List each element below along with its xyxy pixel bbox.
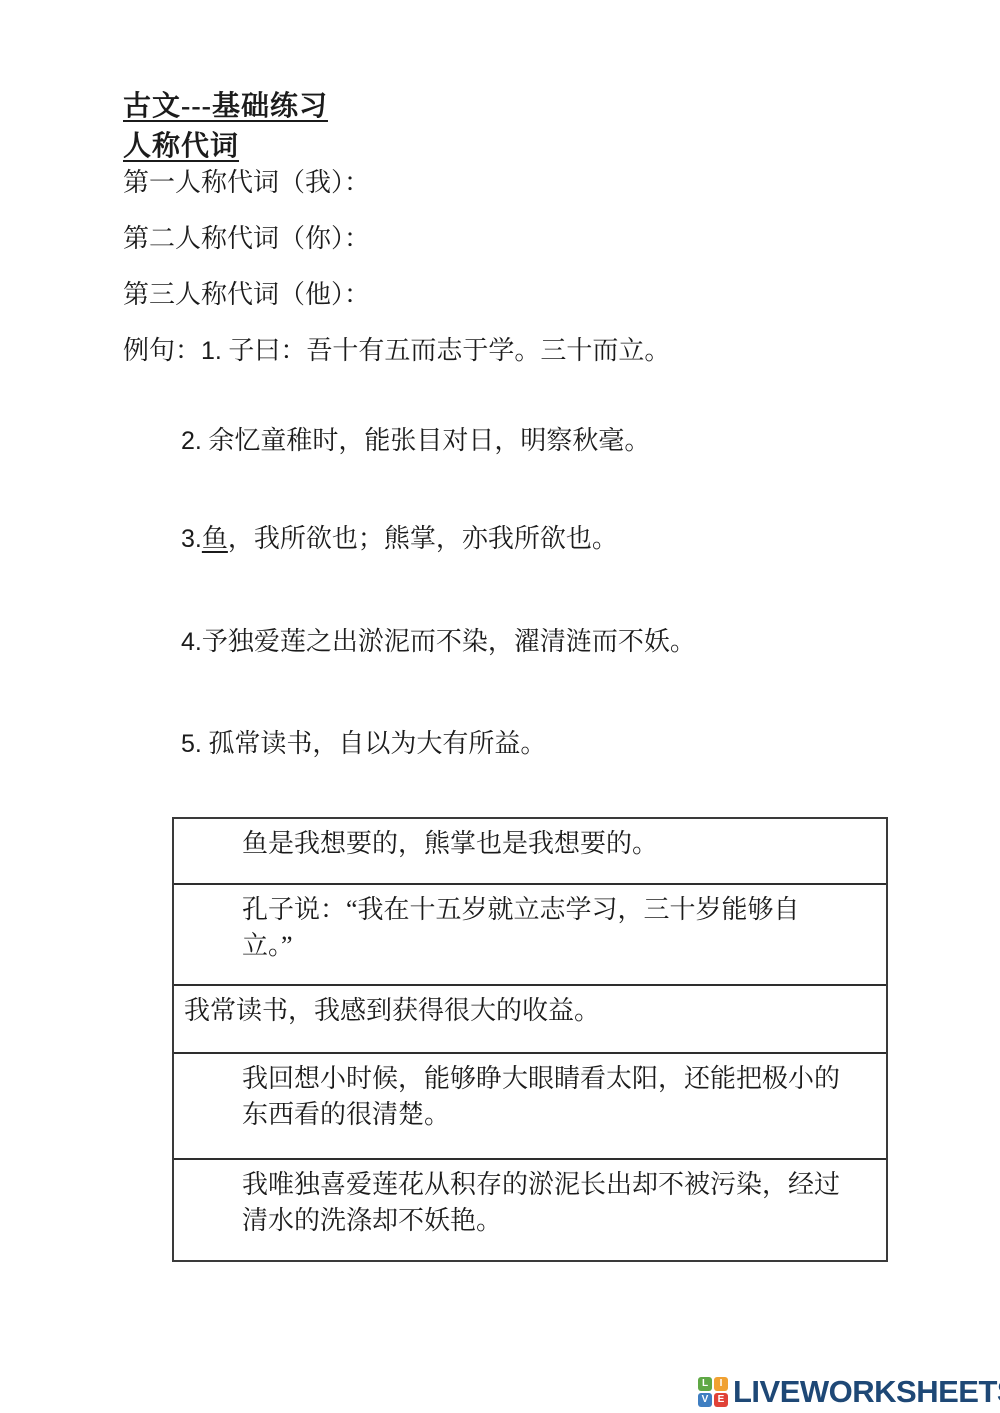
table-cell-translation-1: 鱼是我想要的，熊掌也是我想要的。	[174, 819, 886, 862]
table-cell-translation-3: 我常读书，我感到获得很大的收益。	[174, 986, 886, 1029]
table-row: 我唯独喜爱莲花从积存的淤泥长出却不被污染，经过 清水的洗涤却不妖艳。	[174, 1160, 886, 1260]
translation-answers-table: 鱼是我想要的，熊掌也是我想要的。 孔子说：“我在十五岁就立志学习，三十岁能够自 …	[172, 817, 888, 1262]
example-sentence-2: 2. 余忆童稚时，能张目对日，明察秋毫。	[181, 426, 650, 456]
example-number-5: 5.	[181, 730, 202, 758]
liveworksheets-logo[interactable]: L I V E LIVEWORKSHEETS	[698, 1374, 1000, 1410]
example-sentence-3: 3.鱼，我所欲也；熊掌，亦我所欲也。	[181, 524, 618, 554]
example-text-5: 孤常读书，自以为大有所益。	[202, 729, 547, 758]
example-number-1: 1.	[201, 337, 222, 365]
table-row: 我常读书，我感到获得很大的收益。	[174, 986, 886, 1054]
logo-square-e: E	[714, 1393, 728, 1407]
section-heading: 人称代词	[123, 124, 239, 164]
liveworksheets-grid-icon: L I V E	[698, 1377, 729, 1408]
intro-line-third-person: 第三人称代词（他）：	[123, 280, 370, 310]
example-number-3: 3.	[181, 525, 202, 553]
logo-square-l: L	[698, 1377, 712, 1391]
example-sentence-4: 4.予独爱莲之出淤泥而不染，濯清涟而不妖。	[181, 627, 696, 657]
example-sentence-5: 5. 孤常读书，自以为大有所益。	[181, 729, 546, 759]
intro-line-first-person: 第一人称代词（我）：	[123, 168, 370, 198]
liveworksheets-wordmark: LIVEWORKSHEETS	[733, 1374, 1000, 1410]
example-sentence-1: 例句：1. 子曰：吾十有五而志于学。三十而立。	[123, 336, 670, 366]
table-cell-translation-2: 孔子说：“我在十五岁就立志学习，三十岁能够自 立。”	[174, 885, 886, 964]
intro-line-second-person: 第二人称代词（你）：	[123, 224, 370, 254]
table-row: 孔子说：“我在十五岁就立志学习，三十岁能够自 立。”	[174, 885, 886, 986]
examples-label: 例句：	[123, 336, 201, 365]
worksheet-page: 古文---基础练习 人称代词 第一人称代词（我）： 第二人称代词（你）： 第三人…	[0, 0, 1000, 1413]
example-text-1: 子曰：吾十有五而志于学。三十而立。	[222, 336, 671, 365]
table-cell-translation-4: 我回想小时候，能够睁大眼睛看太阳，还能把极小的 东西看的很清楚。	[174, 1054, 886, 1133]
table-row: 鱼是我想要的，熊掌也是我想要的。	[174, 819, 886, 885]
example-text-2: 余忆童稚时，能张目对日，明察秋毫。	[202, 426, 651, 455]
table-row: 我回想小时候，能够睁大眼睛看太阳，还能把极小的 东西看的很清楚。	[174, 1054, 886, 1160]
example-number-2: 2.	[181, 427, 202, 455]
example-text-3: ，我所欲也；熊掌，亦我所欲也。	[228, 524, 618, 553]
example-underlined-word-3: 鱼	[202, 524, 228, 553]
logo-square-v: V	[698, 1393, 712, 1407]
example-number-4: 4.	[181, 628, 202, 656]
table-cell-translation-5: 我唯独喜爱莲花从积存的淤泥长出却不被污染，经过 清水的洗涤却不妖艳。	[174, 1160, 886, 1239]
page-title: 古文---基础练习	[123, 84, 328, 124]
example-text-4: 予独爱莲之出淤泥而不染，濯清涟而不妖。	[202, 627, 696, 656]
logo-square-i: I	[714, 1377, 728, 1391]
